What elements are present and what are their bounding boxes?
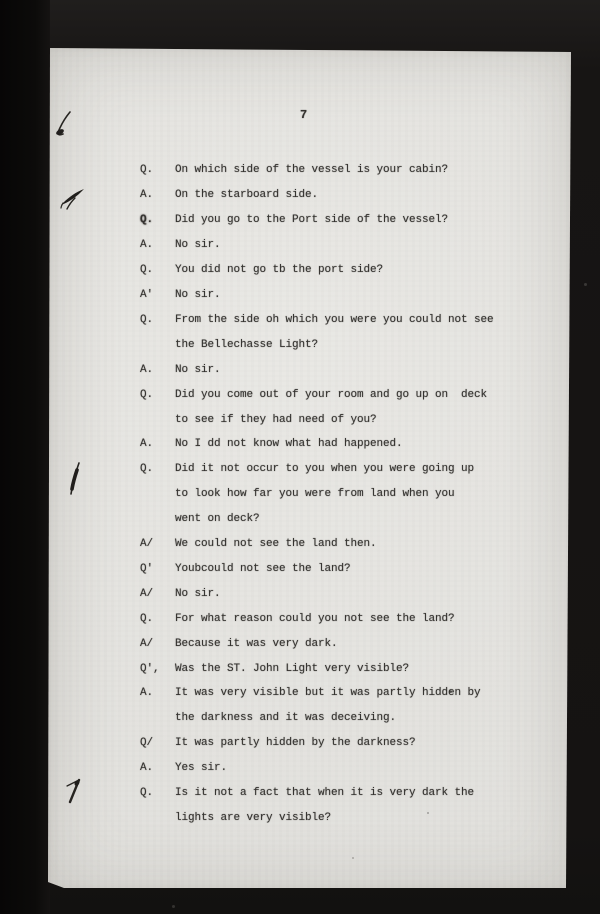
qa-text: No sir. <box>175 289 221 301</box>
qa-text: From the side oh which you were you coul… <box>175 314 494 326</box>
qa-text: the Bellechasse Light? <box>175 339 318 351</box>
transcript: Q.On which side of the vessel is your ca… <box>140 158 494 830</box>
scan-black-border <box>0 0 50 914</box>
qa-text: No sir. <box>175 588 221 600</box>
transcript-row: A/We could not see the land then. <box>140 532 494 557</box>
dust-speck <box>584 283 587 286</box>
qa-prefix: A. <box>140 364 175 376</box>
transcript-row: Q.Did it not occur to you when you were … <box>140 457 494 482</box>
qa-text: Yes sir. <box>175 762 227 774</box>
qa-text: No sir. <box>175 364 221 376</box>
ink-lambda-mark <box>64 777 84 805</box>
qa-text: On the starboard side. <box>175 189 318 201</box>
transcript-row: A.No sir. <box>140 233 494 258</box>
qa-prefix: Q' <box>140 563 175 575</box>
transcript-row: the Bellechasse Light? <box>140 332 494 357</box>
qa-prefix: Q. <box>140 389 175 401</box>
transcript-row: the darkness and it was deceiving. <box>140 706 494 731</box>
qa-text: the darkness and it was deceiving. <box>175 712 396 724</box>
qa-text: We could not see the land then. <box>175 538 377 550</box>
qa-prefix: Q. <box>140 314 175 326</box>
ink-speck <box>352 857 354 859</box>
transcript-row: Q.You did not go tb the port side? <box>140 258 494 283</box>
dust-speck <box>172 905 175 908</box>
qa-text: Is it not a fact that when it is very da… <box>175 787 474 799</box>
qa-text: lights are very visible? <box>175 812 331 824</box>
qa-prefix: Q', <box>140 663 175 675</box>
qa-prefix: Q. <box>140 164 175 176</box>
qa-prefix: Q. <box>140 613 175 625</box>
qa-prefix: A/ <box>140 638 175 650</box>
qa-text: You did not go tb the port side? <box>175 264 383 276</box>
qa-prefix: A. <box>140 762 175 774</box>
qa-text: It was partly hidden by the darkness? <box>175 737 416 749</box>
transcript-row: A.Yes sir. <box>140 756 494 781</box>
qa-text: to see if they had need of you? <box>175 414 377 426</box>
transcript-row: A/Because it was very dark. <box>140 631 494 656</box>
transcript-row: to see if they had need of you? <box>140 407 494 432</box>
qa-text: went on deck? <box>175 513 260 525</box>
qa-prefix: A. <box>140 189 175 201</box>
qa-prefix: A. <box>140 687 175 699</box>
qa-prefix: Q. <box>140 214 175 226</box>
qa-prefix: Q. <box>140 463 175 475</box>
ink-speck <box>449 690 452 693</box>
qa-prefix: A. <box>140 239 175 251</box>
transcript-row: Q',Was the ST. John Light very visible? <box>140 656 494 681</box>
transcript-row: Q.From the side oh which you were you co… <box>140 307 494 332</box>
scanned-page: 7 Q.On which side of the vessel is your … <box>48 46 575 892</box>
transcript-row: A.On the starboard side. <box>140 183 494 208</box>
qa-text: Did it not occur to you when you were go… <box>175 463 474 475</box>
ink-slash-mark <box>68 461 82 499</box>
transcript-row: went on deck? <box>140 507 494 532</box>
ink-speck <box>427 812 429 814</box>
transcript-row: A.It was very visible but it was partly … <box>140 681 494 706</box>
ink-bird-check-mark <box>58 186 86 212</box>
transcript-row: A/No sir. <box>140 581 494 606</box>
qa-text: Did you go to the Port side of the vesse… <box>175 214 448 226</box>
transcript-row: Q/It was partly hidden by the darkness? <box>140 731 494 756</box>
qa-text: It was very visible but it was partly hi… <box>175 687 481 699</box>
transcript-row: Q'Youbcould not see the land? <box>140 557 494 582</box>
qa-text: On which side of the vessel is your cabi… <box>175 164 448 176</box>
transcript-row: A.No I dd not know what had happened. <box>140 432 494 457</box>
qa-text: to look how far you were from land when … <box>175 488 455 500</box>
transcript-row: Q.On which side of the vessel is your ca… <box>140 158 494 183</box>
page-number: 7 <box>300 108 322 122</box>
transcript-row: lights are very visible? <box>140 806 494 831</box>
qa-text: No sir. <box>175 239 221 251</box>
qa-prefix: Q/ <box>140 737 175 749</box>
transcript-row: Q.Did you go to the Port side of the ves… <box>140 208 494 233</box>
qa-prefix: A. <box>140 438 175 450</box>
qa-prefix: A/ <box>140 588 175 600</box>
transcript-row: to look how far you were from land when … <box>140 482 494 507</box>
ink-flourish-top-mark <box>54 110 74 140</box>
transcript-row: Q.Is it not a fact that when it is very … <box>140 781 494 806</box>
qa-prefix: Q. <box>140 264 175 276</box>
qa-text: No I dd not know what had happened. <box>175 438 403 450</box>
qa-text: Did you come out of your room and go up … <box>175 389 487 401</box>
transcript-row: A.No sir. <box>140 357 494 382</box>
transcript-row: A'No sir. <box>140 283 494 308</box>
qa-text: Because it was very dark. <box>175 638 338 650</box>
qa-prefix: A/ <box>140 538 175 550</box>
qa-text: For what reason could you not see the la… <box>175 613 455 625</box>
qa-text: Was the ST. John Light very visible? <box>175 663 409 675</box>
transcript-row: Q.For what reason could you not see the … <box>140 606 494 631</box>
qa-prefix: A' <box>140 289 175 301</box>
qa-text: Youbcould not see the land? <box>175 563 351 575</box>
qa-prefix: Q. <box>140 787 175 799</box>
transcript-row: Q.Did you come out of your room and go u… <box>140 382 494 407</box>
